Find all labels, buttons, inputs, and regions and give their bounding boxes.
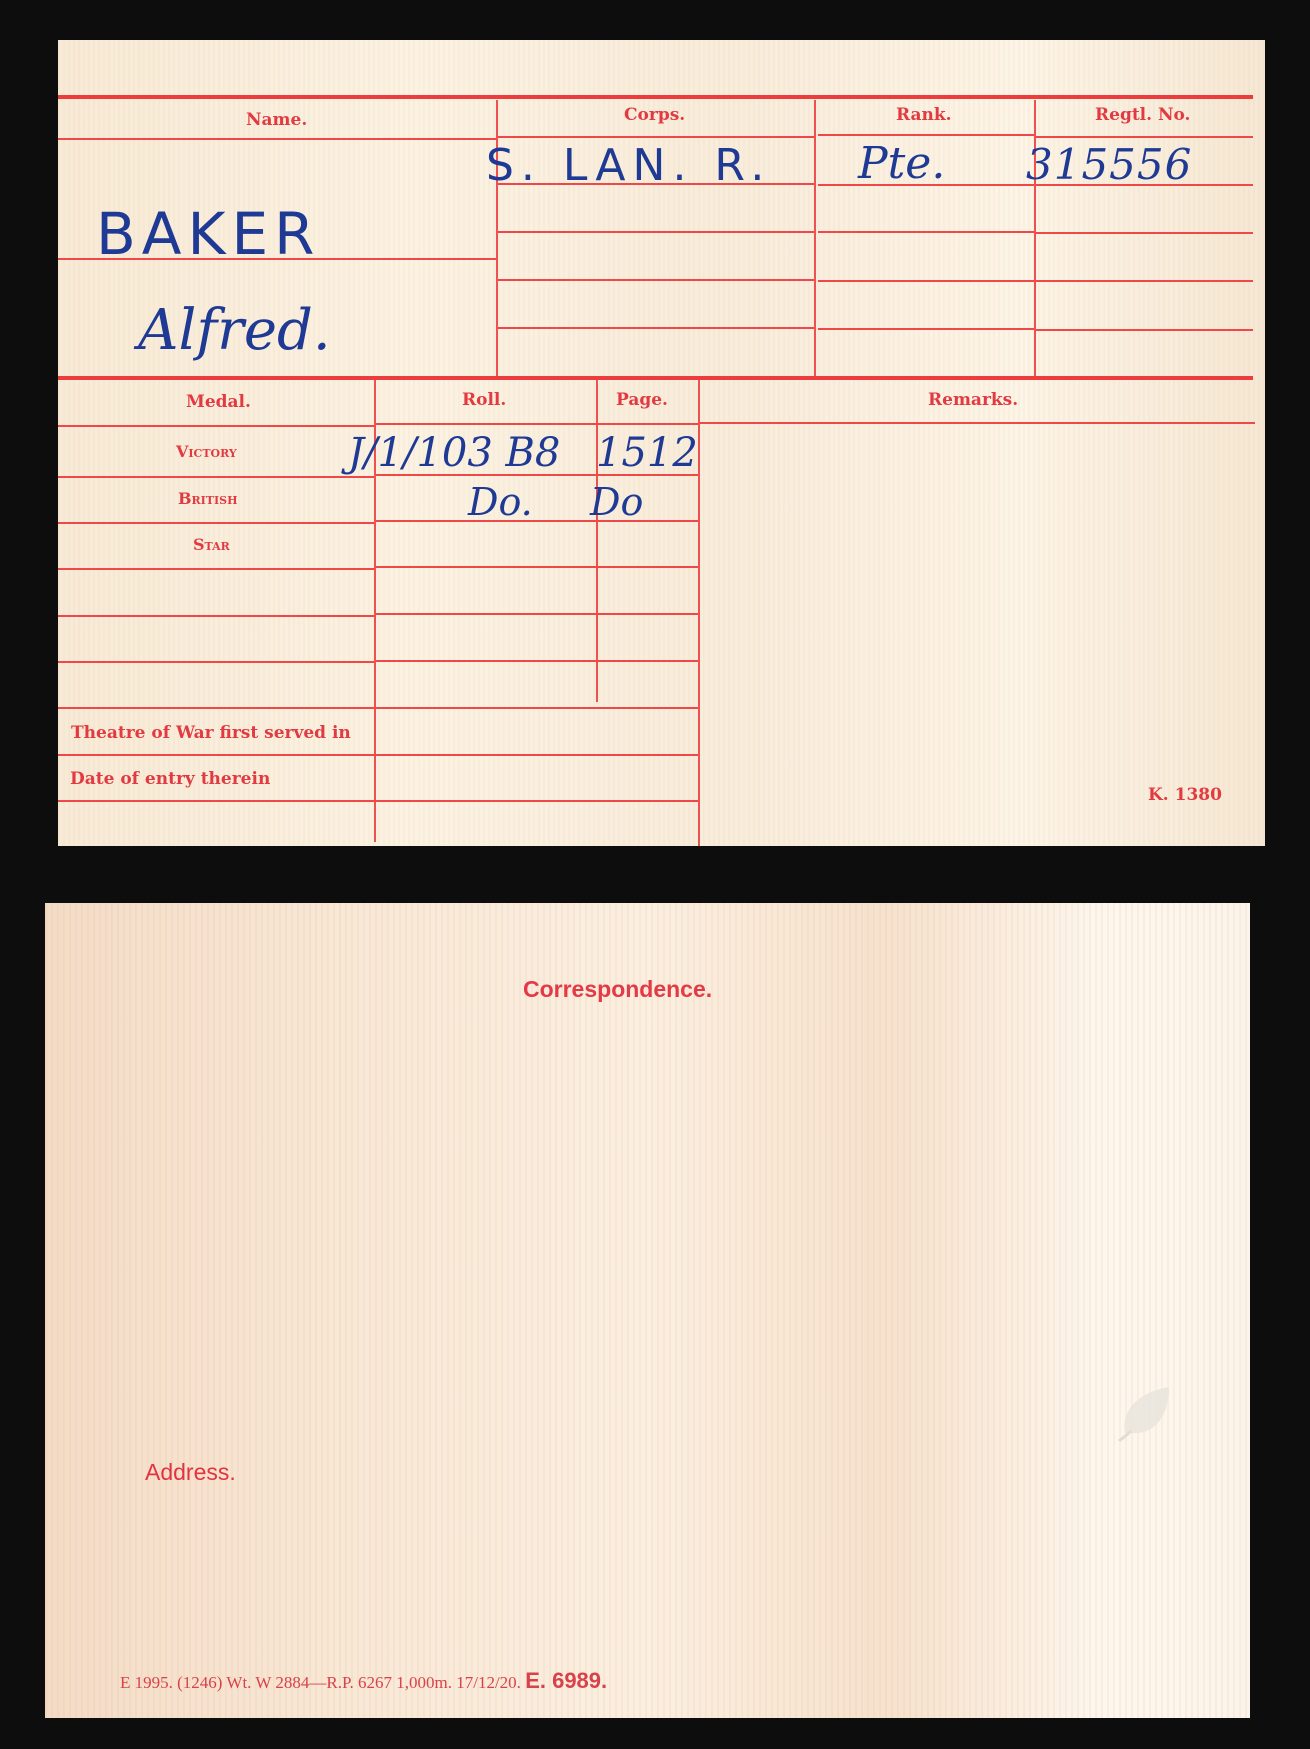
rule [1036, 329, 1253, 331]
leaf-icon [1117, 1383, 1173, 1447]
rule [376, 613, 698, 615]
rule [58, 138, 496, 140]
rule [818, 134, 1034, 136]
rule [1036, 280, 1253, 282]
british-roll-value: Do. [468, 480, 533, 524]
rule [376, 423, 698, 425]
victory-page-value: 1512 [596, 430, 698, 476]
medal-index-card-back: Correspondence. Address. E 1995. (1246) … [45, 903, 1250, 1718]
divider [596, 380, 598, 702]
rule [1036, 232, 1253, 234]
rule [1036, 136, 1253, 138]
rule [498, 279, 814, 281]
rule [58, 522, 374, 524]
address-label: Address. [145, 1459, 236, 1486]
date-entry-label: Date of entry therein [70, 769, 270, 789]
medal-header: Medal. [186, 392, 251, 412]
rule [376, 660, 698, 662]
corps-value: S. LAN. R. [486, 140, 771, 191]
print-line-text: E 1995. (1246) Wt. W 2884—R.P. 6267 1,00… [120, 1673, 521, 1692]
rank-header: Rank. [896, 105, 952, 125]
form-code: K. 1380 [1148, 785, 1222, 805]
rank-value: Pte. [858, 138, 945, 189]
rule [58, 476, 374, 478]
rule [58, 707, 698, 709]
rule [58, 568, 374, 570]
rule [818, 280, 1034, 282]
rule [58, 754, 698, 756]
corps-header: Corps. [624, 105, 685, 125]
british-page-value: Do [590, 480, 643, 524]
theatre-label: Theatre of War first served in [71, 723, 351, 743]
name-header: Name. [246, 110, 307, 130]
surname-value: BAKER [96, 200, 320, 268]
top-rule [58, 95, 1253, 99]
rule [376, 566, 698, 568]
divider [698, 380, 700, 846]
rule [58, 425, 374, 427]
remarks-header: Remarks. [928, 390, 1018, 410]
rule [818, 231, 1034, 233]
correspondence-title: Correspondence. [523, 976, 712, 1003]
rule [58, 800, 698, 802]
rule [498, 231, 814, 233]
rule [818, 328, 1034, 330]
print-code: E. 6989. [525, 1668, 607, 1693]
victory-roll-value: J/1/103 B8 [348, 430, 560, 476]
rule [498, 136, 814, 138]
divider [814, 100, 816, 376]
medal-victory-label: Victory [176, 442, 237, 461]
rule [498, 327, 814, 329]
medal-british-label: British [178, 489, 237, 508]
rule [700, 422, 1255, 424]
regtl-no-value: 315556 [1026, 140, 1192, 189]
medal-index-card-front: Name. Corps. Rank. Regtl. No. BAKER Alfr… [58, 40, 1265, 846]
medal-star-label: Star [193, 535, 230, 554]
section-rule [58, 376, 1253, 380]
print-line: E 1995. (1246) Wt. W 2884—R.P. 6267 1,00… [120, 1668, 607, 1694]
page-header: Page. [616, 390, 668, 410]
forename-value: Alfred. [138, 298, 331, 363]
rule [58, 615, 374, 617]
rule [58, 661, 374, 663]
regtl-no-header: Regtl. No. [1095, 105, 1190, 125]
rule [376, 520, 698, 522]
roll-header: Roll. [462, 390, 506, 410]
